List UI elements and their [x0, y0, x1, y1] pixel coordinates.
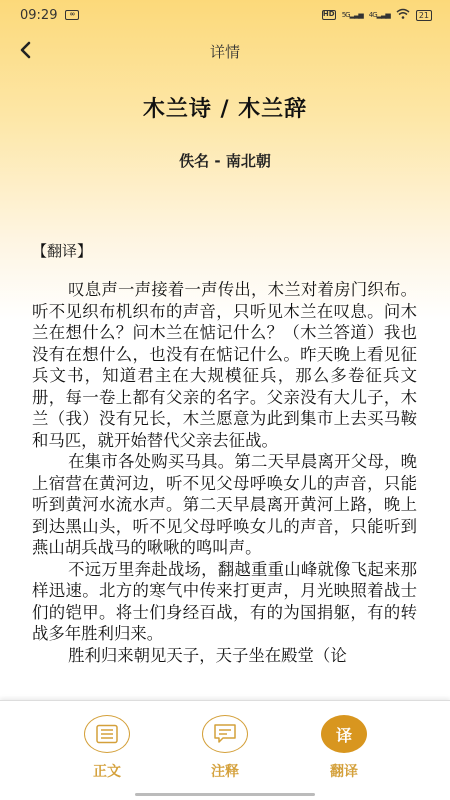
hd-icon: HD: [322, 10, 336, 20]
document-lines-icon: [84, 715, 130, 753]
bottom-tab-bar: 正文 注释 译 翻译: [0, 700, 450, 800]
home-indicator[interactable]: [135, 793, 315, 796]
tab-annotations[interactable]: 注释: [195, 715, 255, 781]
poem-title: 木兰诗 / 木兰辞: [0, 92, 450, 123]
paragraph: 不远万里奔赴战场，翻越重重山峰就像飞起来那样迅速。北方的寒气中传来打更声，月光映…: [32, 559, 417, 645]
wifi-icon: [396, 8, 410, 22]
paragraph: 在集市各处购买马具。第二天早晨离开父母，晚上宿营在黄河边，听不见父母呼唤女儿的声…: [32, 451, 417, 559]
battery-icon: 21: [416, 10, 432, 21]
translate-icon: 译: [321, 715, 367, 753]
comment-icon: [202, 715, 248, 753]
nav-bar: 详情: [0, 30, 450, 72]
tab-label: 正文: [93, 761, 121, 781]
back-button[interactable]: [14, 38, 38, 62]
tab-label: 翻译: [330, 761, 358, 781]
status-bar: 09:29 ∞ HD 5G▂▃▅ 4G▂▃▅ 21: [0, 0, 450, 30]
status-time: 09:29: [20, 8, 57, 23]
tab-original-text[interactable]: 正文: [77, 715, 137, 781]
paragraph: 叹息声一声接着一声传出，木兰对着房门织布。听不见织布机织布的声音，只听见木兰在叹…: [32, 279, 417, 451]
tab-label: 注释: [211, 761, 239, 781]
paragraph: 胜利归来朝见天子，天子坐在殿堂（论: [32, 645, 417, 667]
signal-5g-icon: 5G▂▃▅: [342, 11, 363, 19]
tab-translation[interactable]: 译 翻译: [314, 715, 374, 781]
poem-author: 佚名 - 南北朝: [0, 150, 450, 171]
section-label: 【翻译】: [32, 240, 417, 261]
translation-content[interactable]: 【翻译】 叹息声一声接着一声传出，木兰对着房门织布。听不见织布机织布的声音，只听…: [32, 240, 417, 700]
page-title: 详情: [210, 41, 240, 62]
chevron-left-icon: [14, 38, 38, 62]
signal-4g-icon: 4G▂▃▅: [369, 11, 390, 19]
app-notification-icon: ∞: [65, 10, 79, 20]
